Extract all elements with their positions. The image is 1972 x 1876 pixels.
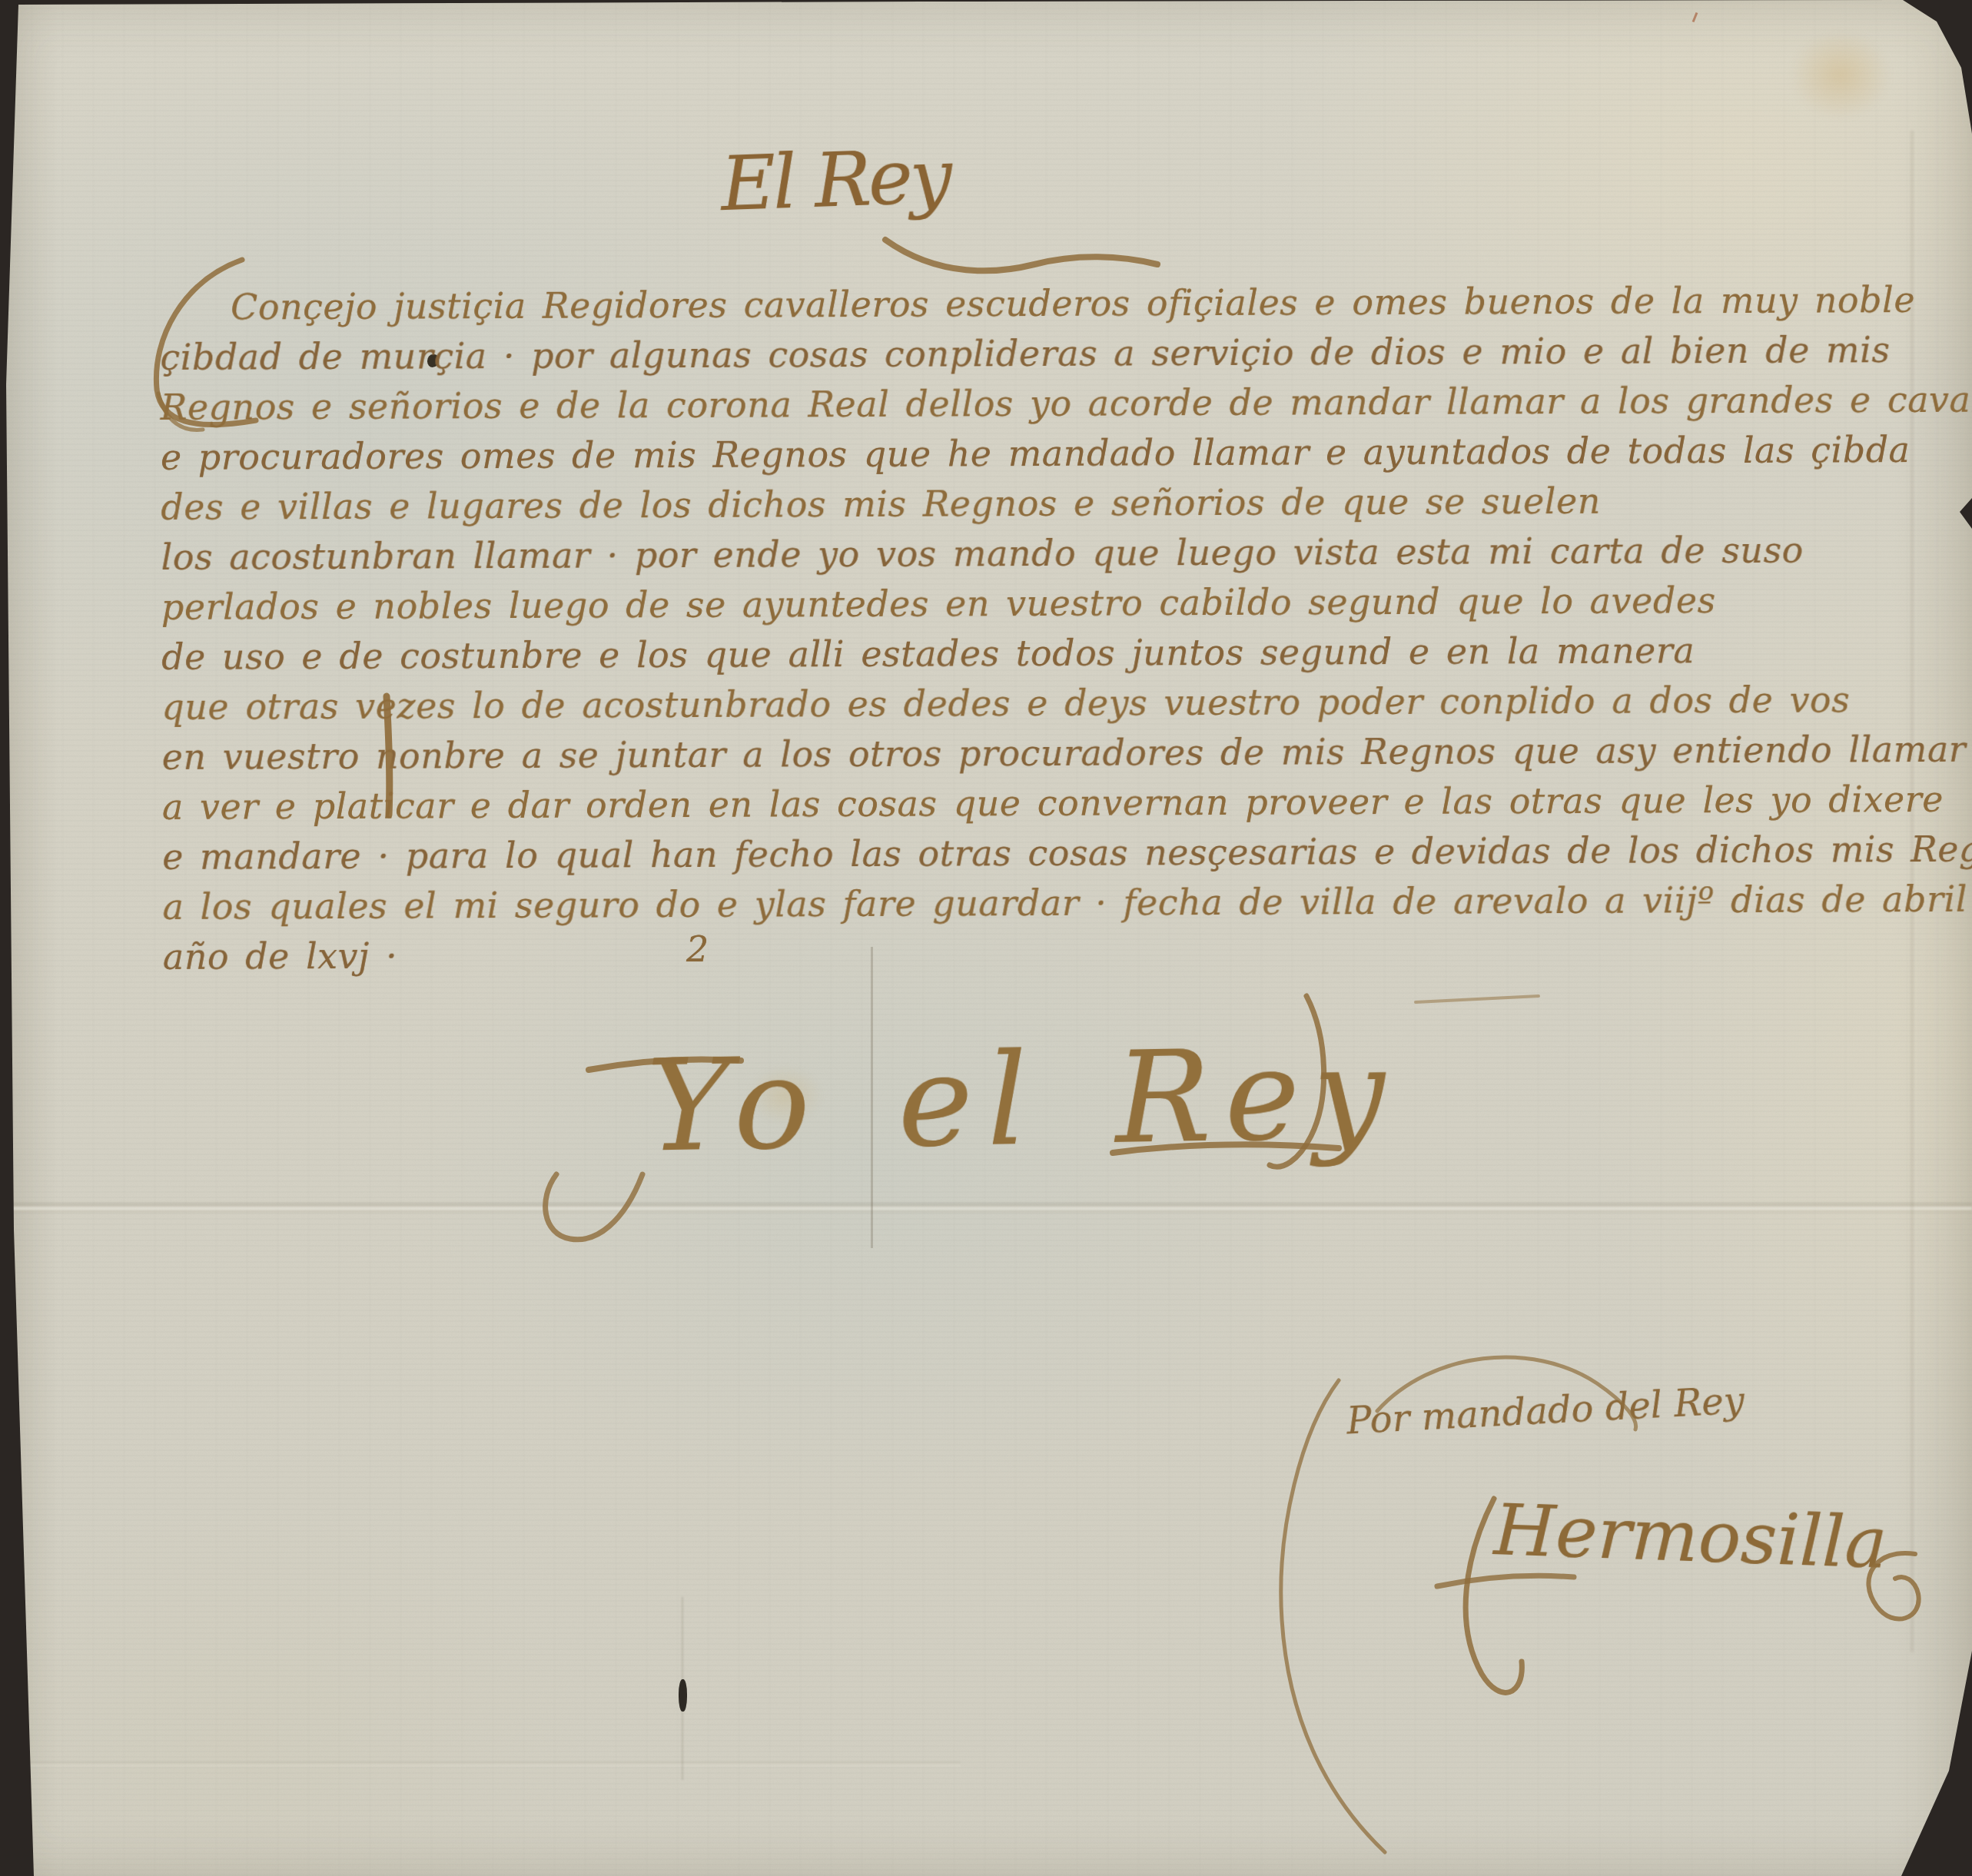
- secretary-signature-hermosilla: Hermosilla: [1493, 1495, 1889, 1579]
- letter-line: año de lxvj ·: [163, 925, 1884, 982]
- subscription-paraph: [1281, 1380, 1385, 1852]
- ink-blot: [679, 1679, 687, 1712]
- subscription-por-mandado-del-rey: Por mandado del Rey: [1346, 1382, 1745, 1439]
- vertical-crease-faint: [682, 1597, 683, 1780]
- interlinear-mark: 2: [686, 931, 709, 967]
- heading-el-rey: El Rey: [719, 139, 950, 222]
- letter-line: de uso e de costunbre e los que alli est…: [161, 625, 1883, 682]
- signature-descender-loop: [546, 1174, 642, 1240]
- letter-line: des e villas e lugares de los dichos mis…: [161, 475, 1882, 533]
- horizontal-fold-crease-faint: [0, 1760, 961, 1768]
- letter-line: e mandare · para lo qual han fecho las o…: [162, 825, 1884, 882]
- manuscript-scan: El Rey Conçejo justiçia Regidores cavall…: [0, 0, 1972, 1876]
- letter-line: çibdad de murçia · por algunas cosas con…: [160, 325, 1881, 383]
- letter-line: que otras vezes lo de acostunbrado es de…: [161, 675, 1883, 732]
- hermosilla-crossbar: [1437, 1576, 1574, 1587]
- letter-line: e procuradores omes de mis Regnos que he…: [161, 425, 1882, 483]
- letter-line: los acostunbran llamar · por ende yo vos…: [161, 525, 1882, 583]
- paper-fiber: [1692, 12, 1698, 22]
- signature-faint-dash: [1416, 996, 1539, 1002]
- paper-sheet: El Rey Conçejo justiçia Regidores cavall…: [0, 0, 1972, 1876]
- letter-line: Regnos e señorios e de la corona Real de…: [161, 375, 1882, 433]
- letter-line: a ver e platicar e dar orden en las cosa…: [162, 775, 1884, 832]
- letter-line: perlados e nobles luego de se ayuntedes …: [161, 575, 1883, 633]
- heading-swash: [885, 240, 1157, 271]
- paper-stain: [1791, 31, 1891, 119]
- letter-body: Conçejo justiçia Regidores cavalleros es…: [160, 275, 1884, 982]
- letter-line: en vuestro nonbre a se juntar a los otro…: [162, 725, 1884, 782]
- letter-line: Conçejo justiçia Regidores cavalleros es…: [160, 275, 1881, 333]
- horizontal-fold-crease: [0, 1201, 1972, 1214]
- letter-line: a los quales el mi seguro do e ylas fare…: [162, 875, 1884, 932]
- royal-signature-yo-el-rey: Yo el Rey: [646, 1017, 1400, 1182]
